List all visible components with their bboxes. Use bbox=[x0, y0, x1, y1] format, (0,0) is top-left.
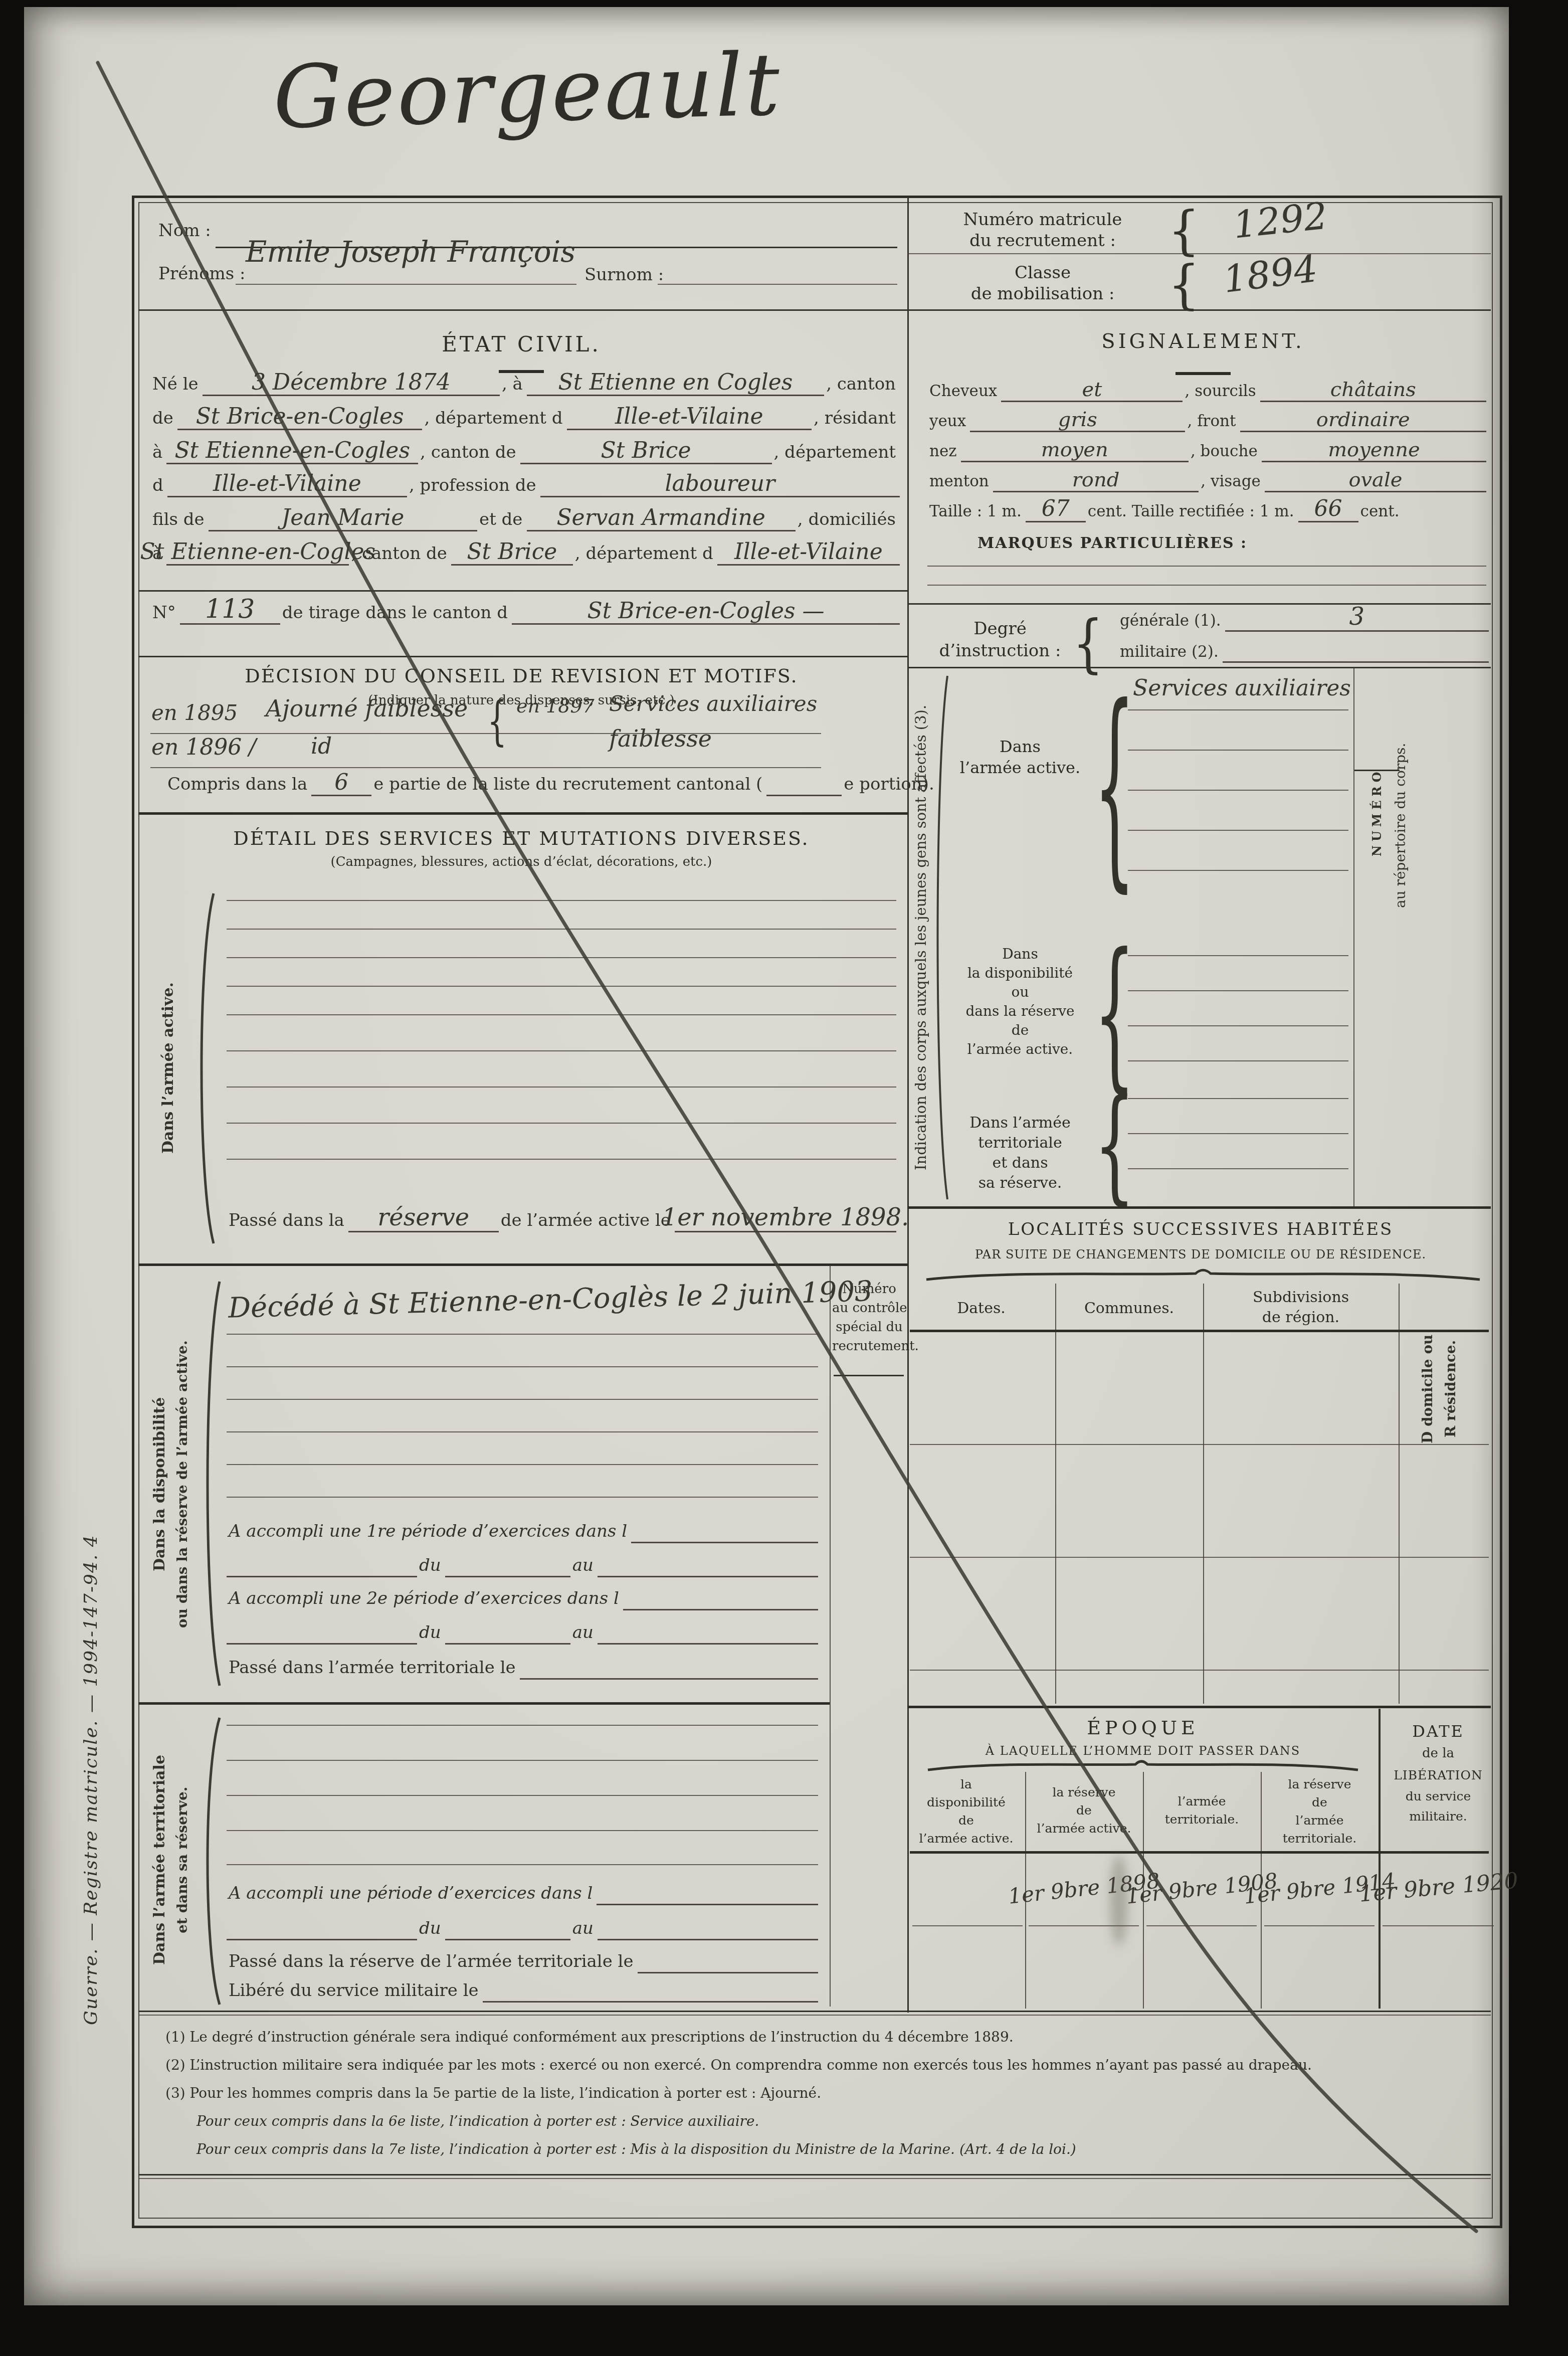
classe-label-1: Classe bbox=[922, 263, 1163, 283]
epoque-col3-label: territoriale. bbox=[1143, 1812, 1261, 1827]
corps-blank-line bbox=[1128, 1060, 1348, 1061]
corps-blank-line bbox=[1128, 1168, 1348, 1169]
dispo-side-label-2: ou dans la réserve de l’armée active. bbox=[171, 1284, 192, 1685]
epoque-col4-label: l’armée bbox=[1261, 1813, 1379, 1828]
etat-civil-row-5: fils de Jean Marie et de Servan Armandin… bbox=[150, 502, 900, 531]
degre-label-2: d’instruction : bbox=[935, 641, 1065, 661]
epoque-title: ÉPOQUE bbox=[907, 1717, 1379, 1739]
epoque-value-line bbox=[1383, 1925, 1494, 1926]
date-label-1: DATE bbox=[1379, 1722, 1498, 1741]
terr-blank-line bbox=[227, 1725, 818, 1726]
passe-reserve-value: réserve bbox=[377, 1206, 469, 1231]
degre-generale-value: 3 bbox=[1349, 606, 1365, 630]
marques-blank-line bbox=[927, 566, 1486, 567]
localites-header-rule bbox=[910, 1330, 1489, 1332]
detail-brace bbox=[193, 891, 217, 1245]
epoque-col1-label: de bbox=[907, 1813, 1025, 1828]
footnote-4: Pour ceux compris dans la 6e liste, l’in… bbox=[197, 2113, 1470, 2129]
detail-blank-line bbox=[227, 986, 896, 987]
localites-col-communes: Communes. bbox=[1055, 1300, 1203, 1317]
matricule-label-2: du recrutement : bbox=[922, 231, 1163, 251]
localites-side-label-2: R résidence. bbox=[1440, 1238, 1461, 1539]
dispo-side-label-1: Dans la disponibilité bbox=[148, 1284, 170, 1685]
epoque-col2-label: de bbox=[1025, 1803, 1143, 1818]
epoque-col4-label: de bbox=[1261, 1795, 1379, 1809]
passe-territoriale-row: Passé dans l’armée territoriale le bbox=[227, 1653, 818, 1680]
rule-under-tirage bbox=[138, 656, 907, 657]
detail-blank-line bbox=[227, 957, 896, 958]
surnom-label: Surnom : bbox=[582, 266, 668, 287]
dispo-blank-line bbox=[227, 1497, 818, 1498]
decision-title: DÉCISION DU CONSEIL DE REVISION ET MOTIF… bbox=[135, 665, 907, 687]
terr-blank-line bbox=[227, 1760, 818, 1761]
terr-side-label-1: Dans l’armée territoriale bbox=[148, 1720, 170, 2001]
rule-under-etat-civil bbox=[138, 590, 907, 592]
dispo-blank-line bbox=[227, 1431, 818, 1432]
sourcils-value: châtains bbox=[1330, 380, 1416, 401]
epoque-col2-label: la réserve bbox=[1025, 1785, 1143, 1799]
passe-reserve-row: Passé dans la réserve de l’armée active … bbox=[227, 1201, 896, 1232]
detail-subtitle: (Campagnes, blessures, actions d’éclat, … bbox=[135, 854, 907, 869]
date-label-4: du service bbox=[1379, 1789, 1498, 1803]
corps-blank-line bbox=[1128, 1025, 1348, 1026]
profession: laboureur bbox=[665, 473, 775, 496]
menton-value: rond bbox=[1072, 470, 1120, 491]
decision-1897-year: en 1897 bbox=[516, 697, 595, 715]
rule-under-detail bbox=[138, 1263, 907, 1266]
etat-civil-row-4: d Ille-et-Vilaine , profession de labour… bbox=[150, 468, 900, 497]
compris-portion-blank bbox=[766, 795, 842, 796]
terr-side-label-2: et dans sa réserve. bbox=[171, 1720, 192, 2001]
rule-under-decision bbox=[138, 812, 907, 815]
detail-blank-line bbox=[227, 929, 896, 930]
mother-name: Servan Armandine bbox=[556, 507, 765, 530]
localites-col-subdivisions-1: Subdivisions bbox=[1203, 1289, 1399, 1306]
controle-label-3: spécial du bbox=[832, 1320, 906, 1335]
corps-active-label-2: l’armée active. bbox=[947, 758, 1093, 777]
footnotes-bottom-rule bbox=[138, 2174, 1491, 2176]
etat-civil-row-6: à St Etienne-en-Cogles , canton de St Br… bbox=[150, 536, 900, 566]
rule-under-dispo bbox=[138, 1702, 830, 1705]
prenoms-line bbox=[236, 284, 576, 285]
margin-imprint: Guerre. — Registre matricule. — 1994-147… bbox=[73, 1514, 108, 2046]
localites-divider-1 bbox=[1055, 1284, 1056, 1704]
corps-blank-line bbox=[1128, 709, 1348, 710]
corps-terr-label: territoriale bbox=[947, 1134, 1093, 1152]
localites-row-line bbox=[910, 1444, 1489, 1445]
nez-value: moyen bbox=[1041, 440, 1108, 461]
rule-under-degre bbox=[907, 667, 1491, 668]
corps-blank-line bbox=[1128, 870, 1348, 871]
birth-place: St Etienne en Cogles bbox=[558, 372, 793, 395]
detail-blank-line bbox=[227, 1123, 896, 1124]
header-bottom-rule bbox=[138, 309, 1491, 311]
repertoire-strip-divider bbox=[1353, 668, 1354, 1206]
footnotes-top-rule bbox=[138, 2011, 1491, 2012]
epoque-col4-label: territoriale. bbox=[1261, 1831, 1379, 1846]
epoque-value-line bbox=[1264, 1925, 1375, 1926]
liberation-date-value: 1er 9bre 1920 bbox=[1377, 1854, 1500, 1921]
dispo-blank-line bbox=[227, 1464, 818, 1465]
etat-civil-row-2: de St Brice-en-Cogles , département d Il… bbox=[150, 401, 900, 430]
tirage-canton: St Brice-en-Cogles — bbox=[587, 601, 824, 623]
corps-side-label: Indication des corps auxquels les jeunes… bbox=[910, 673, 931, 1202]
corps-side-brace bbox=[931, 674, 949, 1201]
column-divider bbox=[907, 197, 909, 2013]
ink-smudge bbox=[1110, 1855, 1127, 1945]
epoque-overbrace bbox=[925, 1759, 1361, 1772]
detail-side-label: Dans l’armée active. bbox=[156, 928, 179, 1208]
birth-departement: Ille-et-Vilaine bbox=[615, 406, 763, 429]
sig-row-taille: Taille : 1 m. 67 cent. Taille rectifiée … bbox=[927, 494, 1486, 522]
footnotes-top-rule-2 bbox=[138, 2015, 1491, 2016]
decision-1897-motif: Services auxiliaires bbox=[609, 694, 817, 714]
compris-row: Compris dans la 6 e partie de la liste d… bbox=[165, 768, 882, 796]
passe-reserve-terr-row: Passé dans la réserve de l’armée territo… bbox=[227, 1947, 818, 1973]
etat-civil-row-1: Né le 3 Décembre 1874 , à St Etienne en … bbox=[150, 367, 900, 396]
controle-label-4: recrutement. bbox=[832, 1339, 906, 1354]
rule-under-signalement bbox=[907, 603, 1491, 605]
periode2-row: A accompli une 2e période d’exercices da… bbox=[227, 1582, 818, 1610]
tirage-row: N° 113 de tirage dans le canton d St Bri… bbox=[150, 595, 900, 625]
nom-label: Nom : bbox=[156, 222, 215, 243]
epoque-value-line bbox=[912, 1925, 1023, 1926]
parents-domicile: St Etienne-en-Cogles bbox=[140, 541, 376, 564]
name-signature: Georgeault bbox=[272, 44, 782, 139]
corps-dispo-label: de bbox=[947, 1022, 1093, 1038]
footnote-1: (1) Le degré d’instruction générale sera… bbox=[165, 2029, 1469, 2045]
etat-civil-row-3: à St Etienne-en-Cogles , canton de St Br… bbox=[150, 435, 900, 464]
corps-terr-brace: { bbox=[1094, 1083, 1135, 1207]
degre-label-1: Degré bbox=[935, 619, 1065, 639]
prenoms-value: Emile Joseph François bbox=[246, 238, 575, 266]
corps-blank-line bbox=[1128, 790, 1348, 791]
classe-label-2: de mobilisation : bbox=[922, 284, 1163, 304]
compris-partie: 6 bbox=[334, 772, 348, 795]
footnote-3: (3) Pour les hommes compris dans la 5e p… bbox=[165, 2085, 1469, 2101]
corps-dispo-label: la disponibilité bbox=[947, 965, 1093, 981]
tirage-number: 113 bbox=[205, 597, 255, 623]
scanned-register-page: { "margin": { "text": "Guerre. — Registr… bbox=[0, 0, 1568, 2356]
sig-row-cheveux: Cheveux et , sourcils châtains bbox=[927, 374, 1486, 402]
dispo-brace bbox=[200, 1280, 223, 1688]
detail-blank-line bbox=[227, 1014, 896, 1015]
localites-overbrace bbox=[922, 1267, 1484, 1282]
localites-col-subdivisions-2: de région. bbox=[1203, 1309, 1399, 1326]
decision-1896-year: en 1896 / bbox=[151, 737, 256, 758]
terr-brace bbox=[200, 1716, 223, 2007]
decision-1897-motif2: faiblesse bbox=[609, 728, 712, 750]
signalement-title: SIGNALEMENT. bbox=[907, 330, 1499, 353]
corps-active-label-1: Dans bbox=[947, 737, 1093, 756]
detail-blank-line bbox=[227, 1159, 896, 1160]
corps-blank-line bbox=[1128, 750, 1348, 751]
corps-terr-label: Dans l’armée bbox=[947, 1114, 1093, 1132]
epoque-col3-label: l’armée bbox=[1143, 1794, 1261, 1808]
residence-canton: St Brice bbox=[601, 440, 691, 463]
epoque-col1-label: la bbox=[907, 1777, 1025, 1791]
classe-value: 1894 bbox=[1221, 251, 1319, 298]
taille-rectifiee-value: 66 bbox=[1314, 498, 1342, 521]
date-label-2: de la bbox=[1379, 1746, 1498, 1761]
father-name: Jean Marie bbox=[282, 507, 405, 530]
marques-blank-line bbox=[927, 585, 1486, 586]
date-label-3: LIBÉRATION bbox=[1379, 1768, 1498, 1782]
corps-blank-line bbox=[1128, 1098, 1348, 1099]
corps-active-value: Services auxiliaires bbox=[1133, 678, 1351, 699]
decision-brace: { bbox=[487, 695, 507, 748]
epoque-col2-label: l’armée active. bbox=[1025, 1821, 1143, 1836]
footnote-2: (2) L’instruction militaire sera indiqué… bbox=[165, 2057, 1489, 2073]
localites-divider-2 bbox=[1203, 1284, 1204, 1704]
dispo-blank-line bbox=[227, 1366, 818, 1367]
matricule-brace: { bbox=[1168, 205, 1200, 257]
epoque-col1-label: disponibilité bbox=[907, 1795, 1025, 1809]
localites-subtitle: PAR SUITE DE CHANGEMENTS DE DOMICILE OU … bbox=[917, 1247, 1484, 1261]
localites-row-line bbox=[910, 1557, 1489, 1558]
corps-terr-label: et dans bbox=[947, 1154, 1093, 1172]
date-label-5: militaire. bbox=[1379, 1809, 1498, 1824]
detail-title: DÉTAIL DES SERVICES ET MUTATIONS DIVERSE… bbox=[135, 827, 907, 849]
terr-periode-row: A accompli une période d’exercices dans … bbox=[227, 1877, 818, 1905]
sig-row-nez: nez moyen , bouche moyenne bbox=[927, 434, 1486, 462]
visage-value: ovale bbox=[1348, 470, 1402, 491]
controle-strip-divider bbox=[830, 1264, 831, 2007]
decision-1895-motif: Ajourné faiblesse bbox=[266, 698, 468, 720]
corps-dispo-label: dans la réserve bbox=[947, 1003, 1093, 1019]
cheveux-value: et bbox=[1082, 380, 1102, 401]
detail-blank-line bbox=[227, 1086, 896, 1088]
localites-col-dates: Dates. bbox=[907, 1300, 1055, 1317]
corps-dispo-label: l’armée active. bbox=[947, 1041, 1093, 1057]
rule-above-epoque bbox=[907, 1706, 1491, 1708]
detail-blank-line bbox=[227, 900, 896, 901]
detail-blank-line bbox=[227, 1050, 896, 1051]
decision-line-1 bbox=[150, 733, 821, 734]
prenoms-label: Prénoms : bbox=[156, 265, 250, 286]
periode1-blank bbox=[631, 1542, 818, 1543]
corps-dispo-label: ou bbox=[947, 984, 1093, 1000]
epoque-value-line bbox=[1146, 1925, 1257, 1926]
epoque-col1-label: l’armée active. bbox=[907, 1831, 1025, 1846]
matricule-label-1: Numéro matricule bbox=[922, 210, 1163, 230]
footnote-5: Pour ceux compris dans la 7e liste, l’in… bbox=[197, 2141, 1470, 2157]
footnotes-bottom-rule-2 bbox=[138, 2178, 1491, 2179]
terr-blank-line bbox=[227, 1830, 818, 1831]
corps-blank-line bbox=[1128, 955, 1348, 956]
degre-militaire-row: militaire (2). bbox=[1118, 639, 1489, 663]
epoque-subtitle: À LAQUELLE L’HOMME DOIT PASSER DANS bbox=[907, 1744, 1379, 1758]
localites-row-line bbox=[910, 1670, 1489, 1671]
passe-reserve-date: 1er novembre 1898. bbox=[662, 1206, 909, 1231]
bouche-value: moyenne bbox=[1328, 440, 1420, 461]
decision-1896-motif: id bbox=[311, 736, 332, 757]
surnom-line bbox=[658, 284, 897, 285]
decision-1895-year: en 1895 bbox=[151, 703, 238, 723]
localites-side-label-1: D domicile ou bbox=[1417, 1238, 1438, 1539]
rule-above-localites bbox=[907, 1206, 1491, 1209]
taille-value: 67 bbox=[1042, 498, 1070, 521]
periode2-blank bbox=[623, 1609, 818, 1610]
localites-title: LOCALITÉS SUCCESSIVES HABITÉES bbox=[917, 1219, 1484, 1239]
terr-du-au-row: du au bbox=[227, 1913, 818, 1940]
parents-canton: St Brice bbox=[467, 541, 557, 564]
residence-departement: Ille-et-Vilaine bbox=[213, 473, 361, 496]
libere-row: Libéré du service militaire le bbox=[227, 1977, 818, 2003]
repertoire-label-2: au répertoire du corps. bbox=[1390, 670, 1411, 981]
periode1-row: A accompli une 1re période d’exercices d… bbox=[227, 1514, 818, 1543]
sig-row-yeux: yeux gris , front ordinaire bbox=[927, 404, 1486, 432]
terr-blank-line bbox=[227, 1864, 818, 1865]
birth-date: 3 Décembre 1874 bbox=[252, 372, 451, 395]
periode1-du-au-row: du au bbox=[227, 1549, 818, 1577]
sig-row-menton: menton rond , visage ovale bbox=[927, 464, 1486, 492]
terr-blank-line bbox=[227, 1795, 818, 1796]
residence: St Etienne-en-Cogles bbox=[174, 440, 410, 463]
repertoire-label-1: NUMÉRO bbox=[1366, 672, 1387, 953]
corps-terr-label: sa réserve. bbox=[947, 1174, 1093, 1192]
controle-rule bbox=[834, 1375, 904, 1376]
parents-departement: Ille-et-Vilaine bbox=[734, 541, 883, 564]
yeux-value: gris bbox=[1058, 410, 1097, 431]
epoque-col4-label: la réserve bbox=[1261, 1777, 1379, 1791]
matricule-value: 1292 bbox=[1232, 198, 1329, 243]
corps-dispo-label: Dans bbox=[947, 946, 1093, 962]
etat-civil-title: ÉTAT CIVIL. bbox=[135, 332, 907, 356]
birth-canton: St Brice-en-Cogles bbox=[196, 406, 404, 429]
dispo-blank-line bbox=[227, 1334, 818, 1335]
passe-territoriale-blank bbox=[520, 1678, 818, 1680]
periode2-du-au-row: du au bbox=[227, 1617, 818, 1645]
epoque-header-rule bbox=[910, 1851, 1489, 1854]
corps-blank-line bbox=[1128, 1133, 1348, 1134]
front-value: ordinaire bbox=[1316, 410, 1410, 431]
corps-blank-line bbox=[1128, 990, 1348, 991]
degre-militaire-blank bbox=[1223, 661, 1489, 663]
corps-blank-line bbox=[1128, 830, 1348, 831]
degre-generale-row: générale (1). 3 bbox=[1118, 608, 1489, 632]
marques-label: MARQUES PARTICULIÈRES : bbox=[977, 534, 1247, 552]
dispo-blank-line bbox=[227, 1399, 818, 1400]
localites-divider-3 bbox=[1399, 1284, 1400, 1704]
classe-brace: { bbox=[1168, 259, 1200, 311]
